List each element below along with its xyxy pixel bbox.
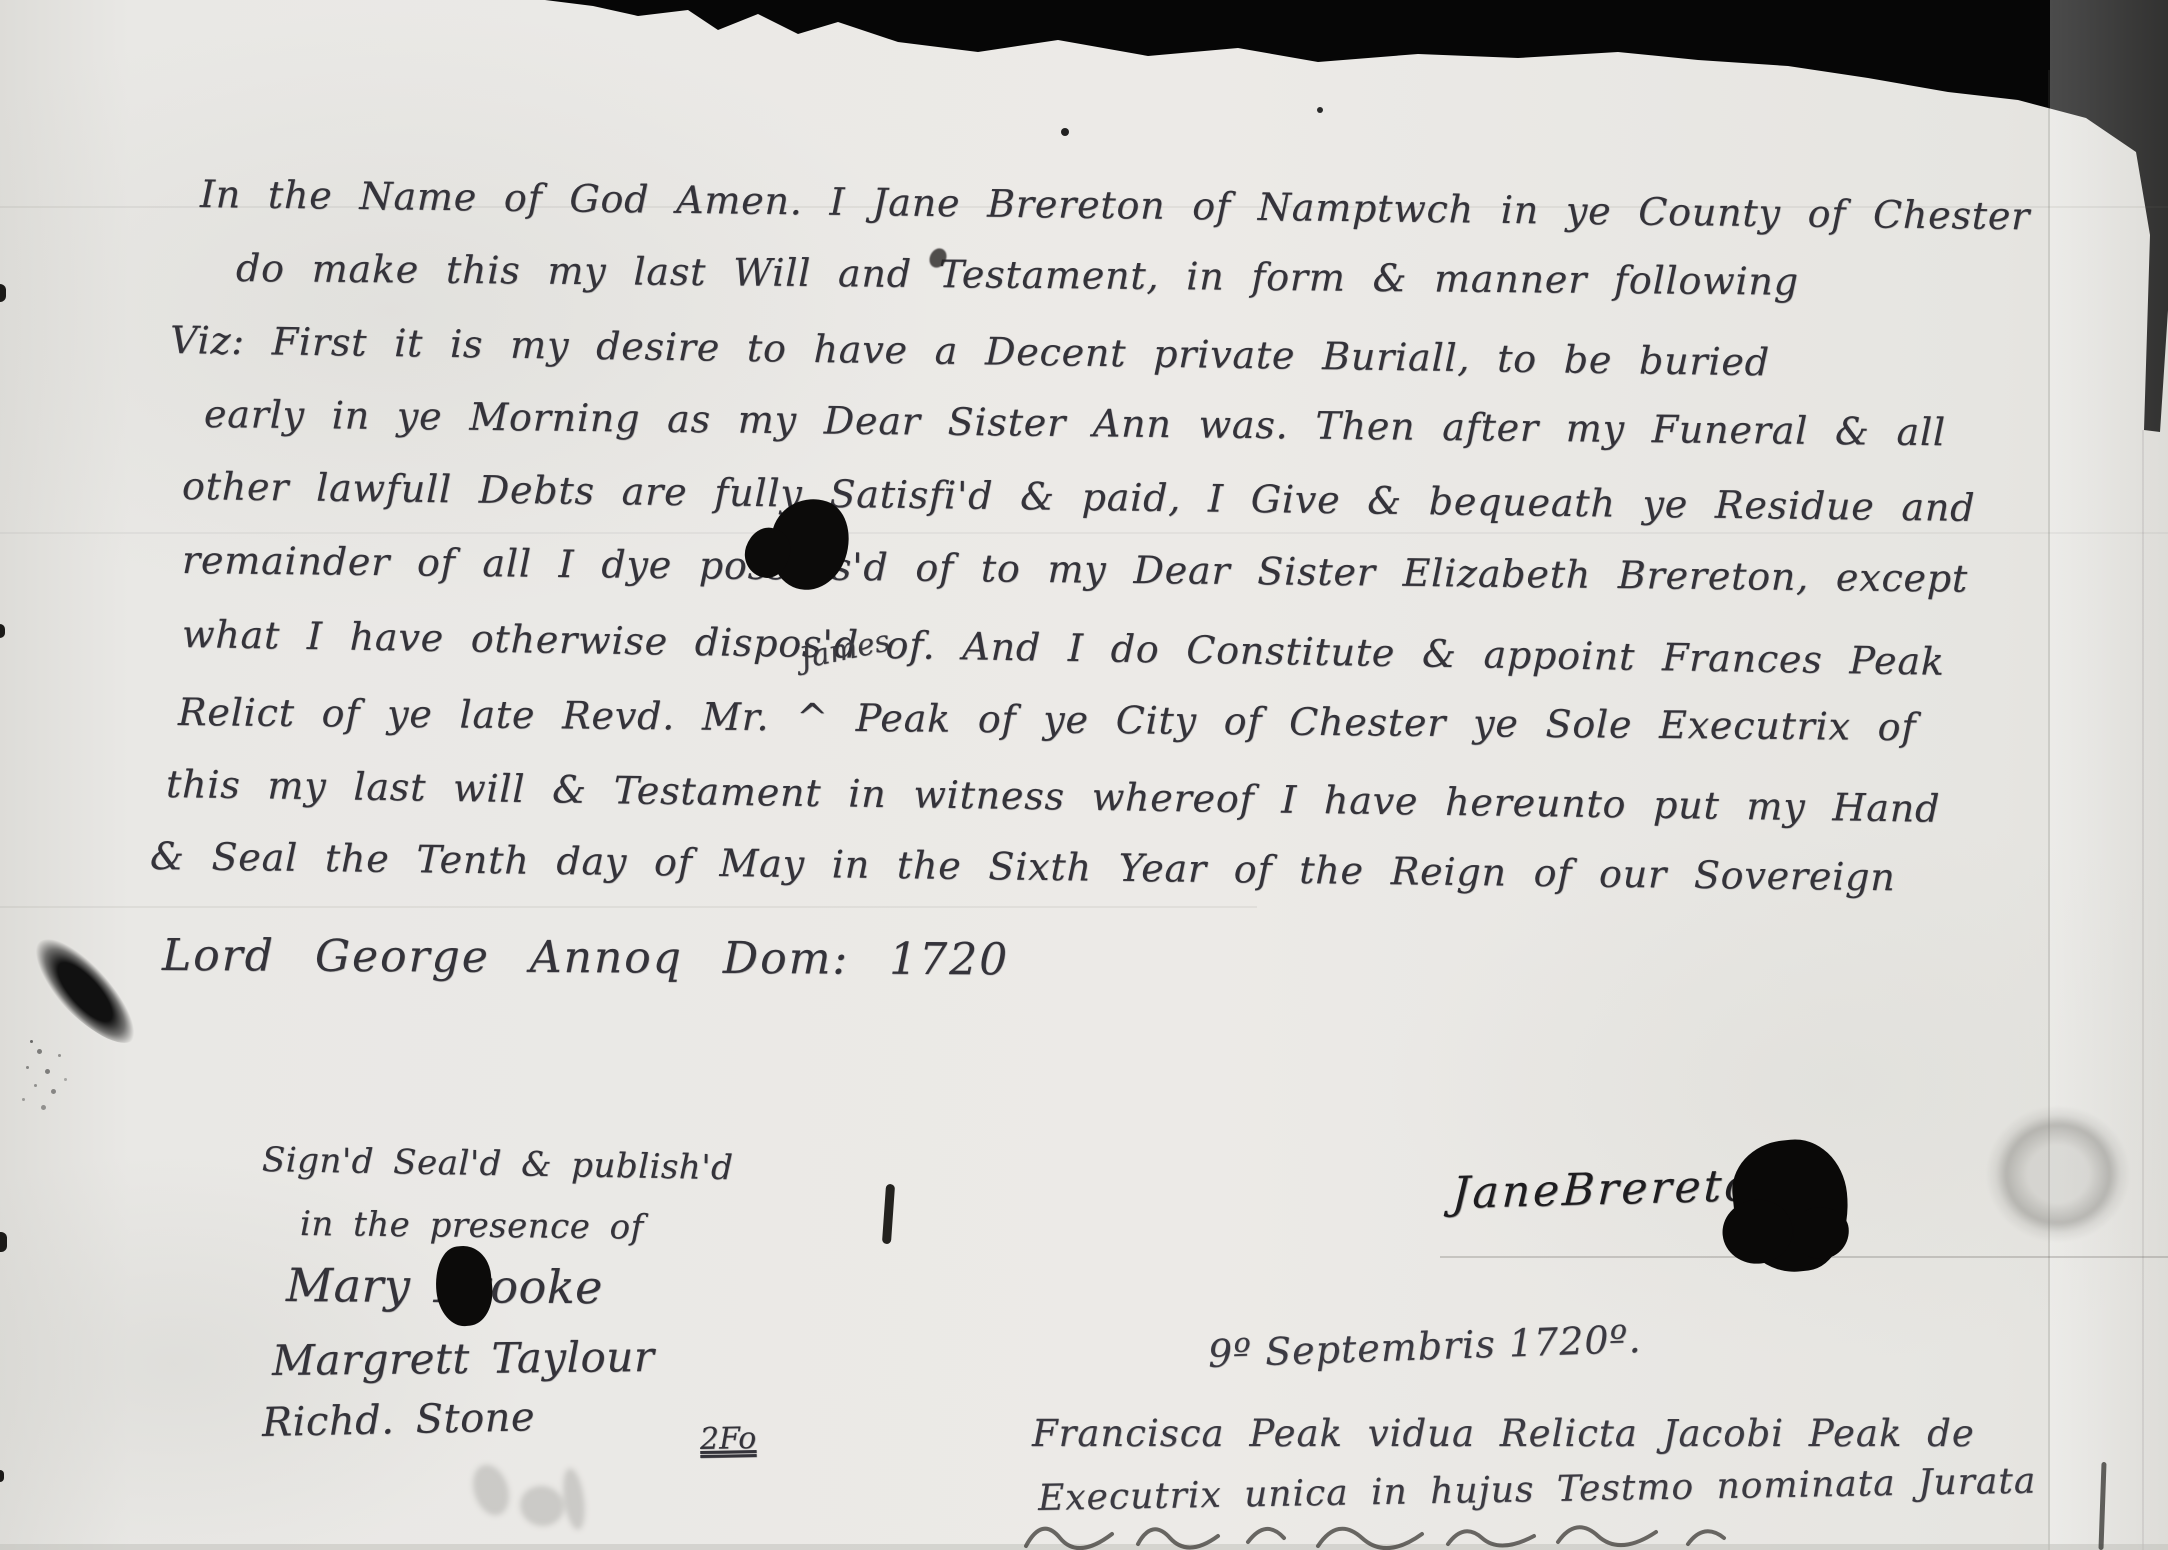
probate-line: Executrix unica in hujus Testmo nominata… — [1038, 1461, 2037, 1519]
horizontal-crease — [0, 532, 2168, 534]
will-line: this my last will & Testament in witness… — [166, 762, 1941, 831]
edge-ink-nub — [0, 1470, 4, 1482]
edge-ink-nub — [0, 1232, 7, 1252]
will-line: Relict of ye late Revd. Mr. ^ Peak of ye… — [178, 690, 1917, 749]
faded-seal-impression — [1982, 1102, 2134, 1246]
page-fold-strip — [2050, 0, 2168, 1550]
ink-dash — [882, 1184, 895, 1244]
ink-speckles — [30, 1040, 33, 1043]
folio-mark: 2Fo — [700, 1421, 757, 1457]
witness-signature: Margrett Taylour — [272, 1332, 655, 1385]
ink-blot — [432, 1243, 496, 1328]
will-line: remainder of all I dye possess'd of to m… — [182, 538, 1968, 601]
horizontal-crease — [0, 906, 1257, 908]
will-line: what I have otherwise dispos'd of. And I… — [182, 612, 1945, 684]
will-line: & Seal the Tenth day of May in the Sixth… — [150, 834, 1896, 899]
probate-line: Francisca Peak vidua Relicta Jacobi Peak… — [1032, 1412, 1975, 1455]
edge-ink-nub — [0, 624, 5, 638]
attestation-line: Sign'd Seal'd & publish'd — [262, 1140, 734, 1188]
ghost-ink-bleed — [468, 1456, 598, 1546]
black-wax-seal — [1727, 1134, 1854, 1277]
will-line-date: Lord George Annoq Dom: 1720 — [162, 930, 1009, 985]
probate-date: 9º Septembris 1720º. — [1207, 1317, 1642, 1376]
witness-signature: Richd. Stone — [262, 1394, 536, 1446]
attestation-line: in the presence of — [300, 1204, 644, 1248]
cutoff-text-strokes — [1018, 1512, 1778, 1550]
ink-smudge — [21, 925, 149, 1060]
scanned-will-document: In the Name of God Amen. I Jane Brereton… — [0, 0, 2168, 1550]
will-line: other lawfull Debts are fully Satisfi'd … — [182, 464, 1976, 530]
